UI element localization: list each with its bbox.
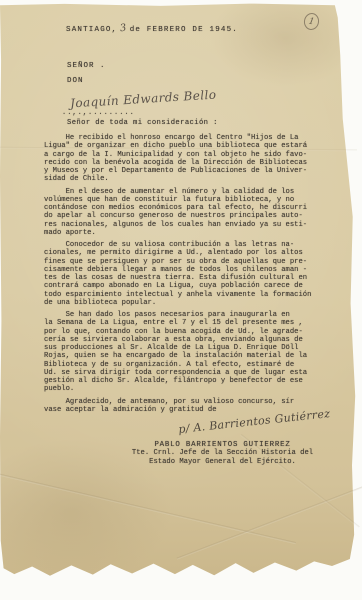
signer-title-line1: Tte. Crnl. Jefe de la Sección Historia d… [105,449,340,458]
signer-typed-name: PABLO BARRIENTOS GUTIERREZ [105,441,340,449]
paragraph-1: He recibido el honroso encargo del Centr… [44,134,329,184]
dotted-underline: ..,.,......... [62,109,135,117]
page-number-text: 1 [308,16,315,27]
recipient-don: DON [67,77,84,85]
date-city: SANTIAGO, [66,26,117,34]
signature-block: PABLO BARRIENTOS GUTIERREZ Tte. Crnl. Je… [105,441,340,467]
signer-title-line2: Estado Mayor General del Ejército. [105,458,340,467]
date-rest: de FEBRERO DE 1945. [130,26,238,34]
paragraph-2: En el deseo de aumentar el número y la c… [44,188,329,238]
paragraph-3: Conocedor de su valiosa contribución a l… [44,241,329,307]
date-line: SANTIAGO,3de FEBRERO DE 1945. [66,23,238,34]
salutation: Señor de toda mi consideración : [67,119,218,127]
paragraph-4: Se han dado los pasos necesarios para in… [44,311,329,394]
scanned-letter-page: { "page": { "annotation_number": "1" }, … [0,0,362,600]
recipient-senor: SEÑOR . [67,62,106,70]
handwritten-day: 3 [120,23,128,35]
letter-body: He recibido el honroso encargo del Centr… [44,134,329,418]
